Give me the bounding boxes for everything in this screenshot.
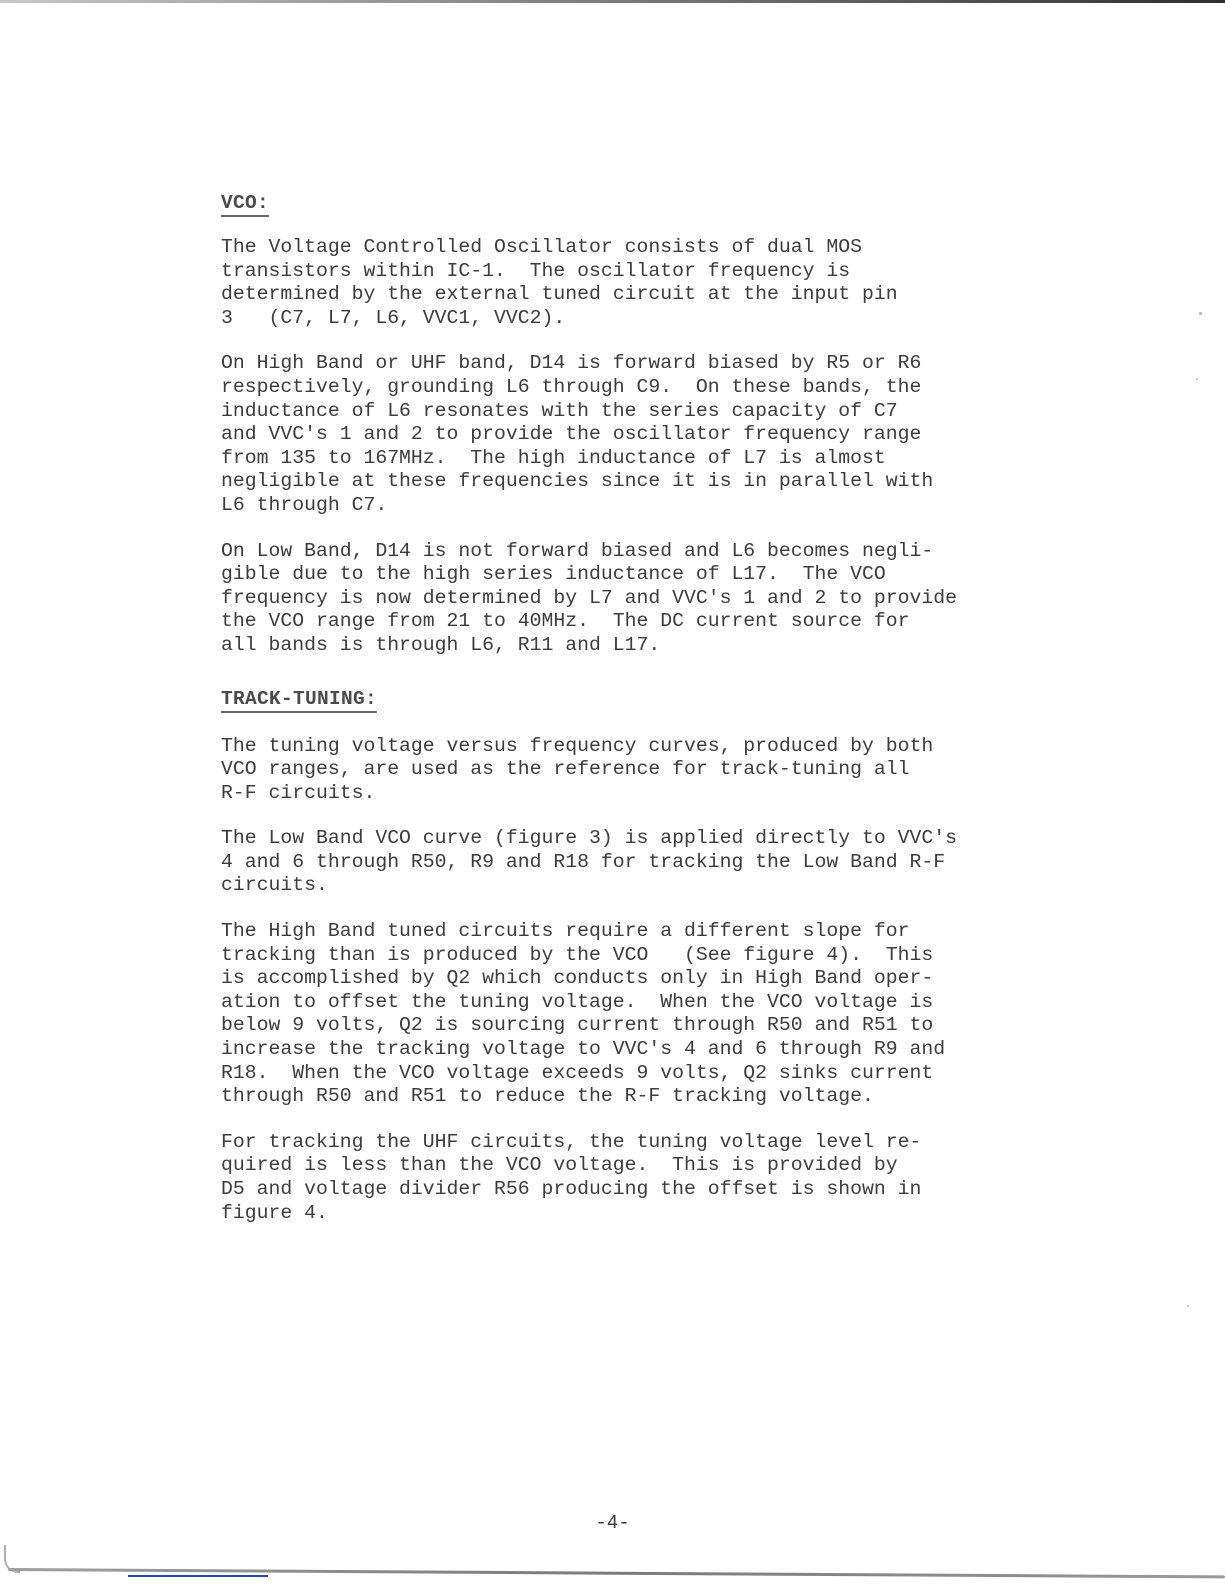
- section-vco: VCO: The Voltage Controlled Oscillator c…: [221, 192, 1121, 658]
- scan-blue-mark: [128, 1575, 268, 1577]
- section-heading-track-tuning: TRACK-TUNING:: [221, 688, 377, 713]
- scan-speck: [1187, 1305, 1189, 1307]
- paragraph-vco-intro: The Voltage Controlled Oscillator consis…: [221, 236, 1121, 330]
- scan-top-edge: [0, 0, 1225, 3]
- page-number: -4-: [0, 1512, 1225, 1534]
- paragraph-track-low-band: The Low Band VCO curve (figure 3) is app…: [221, 827, 1121, 898]
- paragraph-track-uhf: For tracking the UHF circuits, the tunin…: [221, 1131, 1121, 1225]
- scan-speck: [1199, 312, 1202, 315]
- scan-speck: [1196, 378, 1198, 380]
- paragraph-track-high-band: The High Band tuned circuits require a d…: [221, 920, 1121, 1109]
- paragraph-track-intro: The tuning voltage versus frequency curv…: [221, 735, 1121, 806]
- paragraph-vco-high-band: On High Band or UHF band, D14 is forward…: [221, 352, 1121, 517]
- section-heading-vco: VCO:: [221, 192, 269, 217]
- document-page: VCO: The Voltage Controlled Oscillator c…: [221, 192, 1121, 1225]
- paragraph-vco-low-band: On Low Band, D14 is not forward biased a…: [221, 540, 1121, 658]
- section-track-tuning: TRACK-TUNING: The tuning voltage versus …: [221, 658, 1121, 1226]
